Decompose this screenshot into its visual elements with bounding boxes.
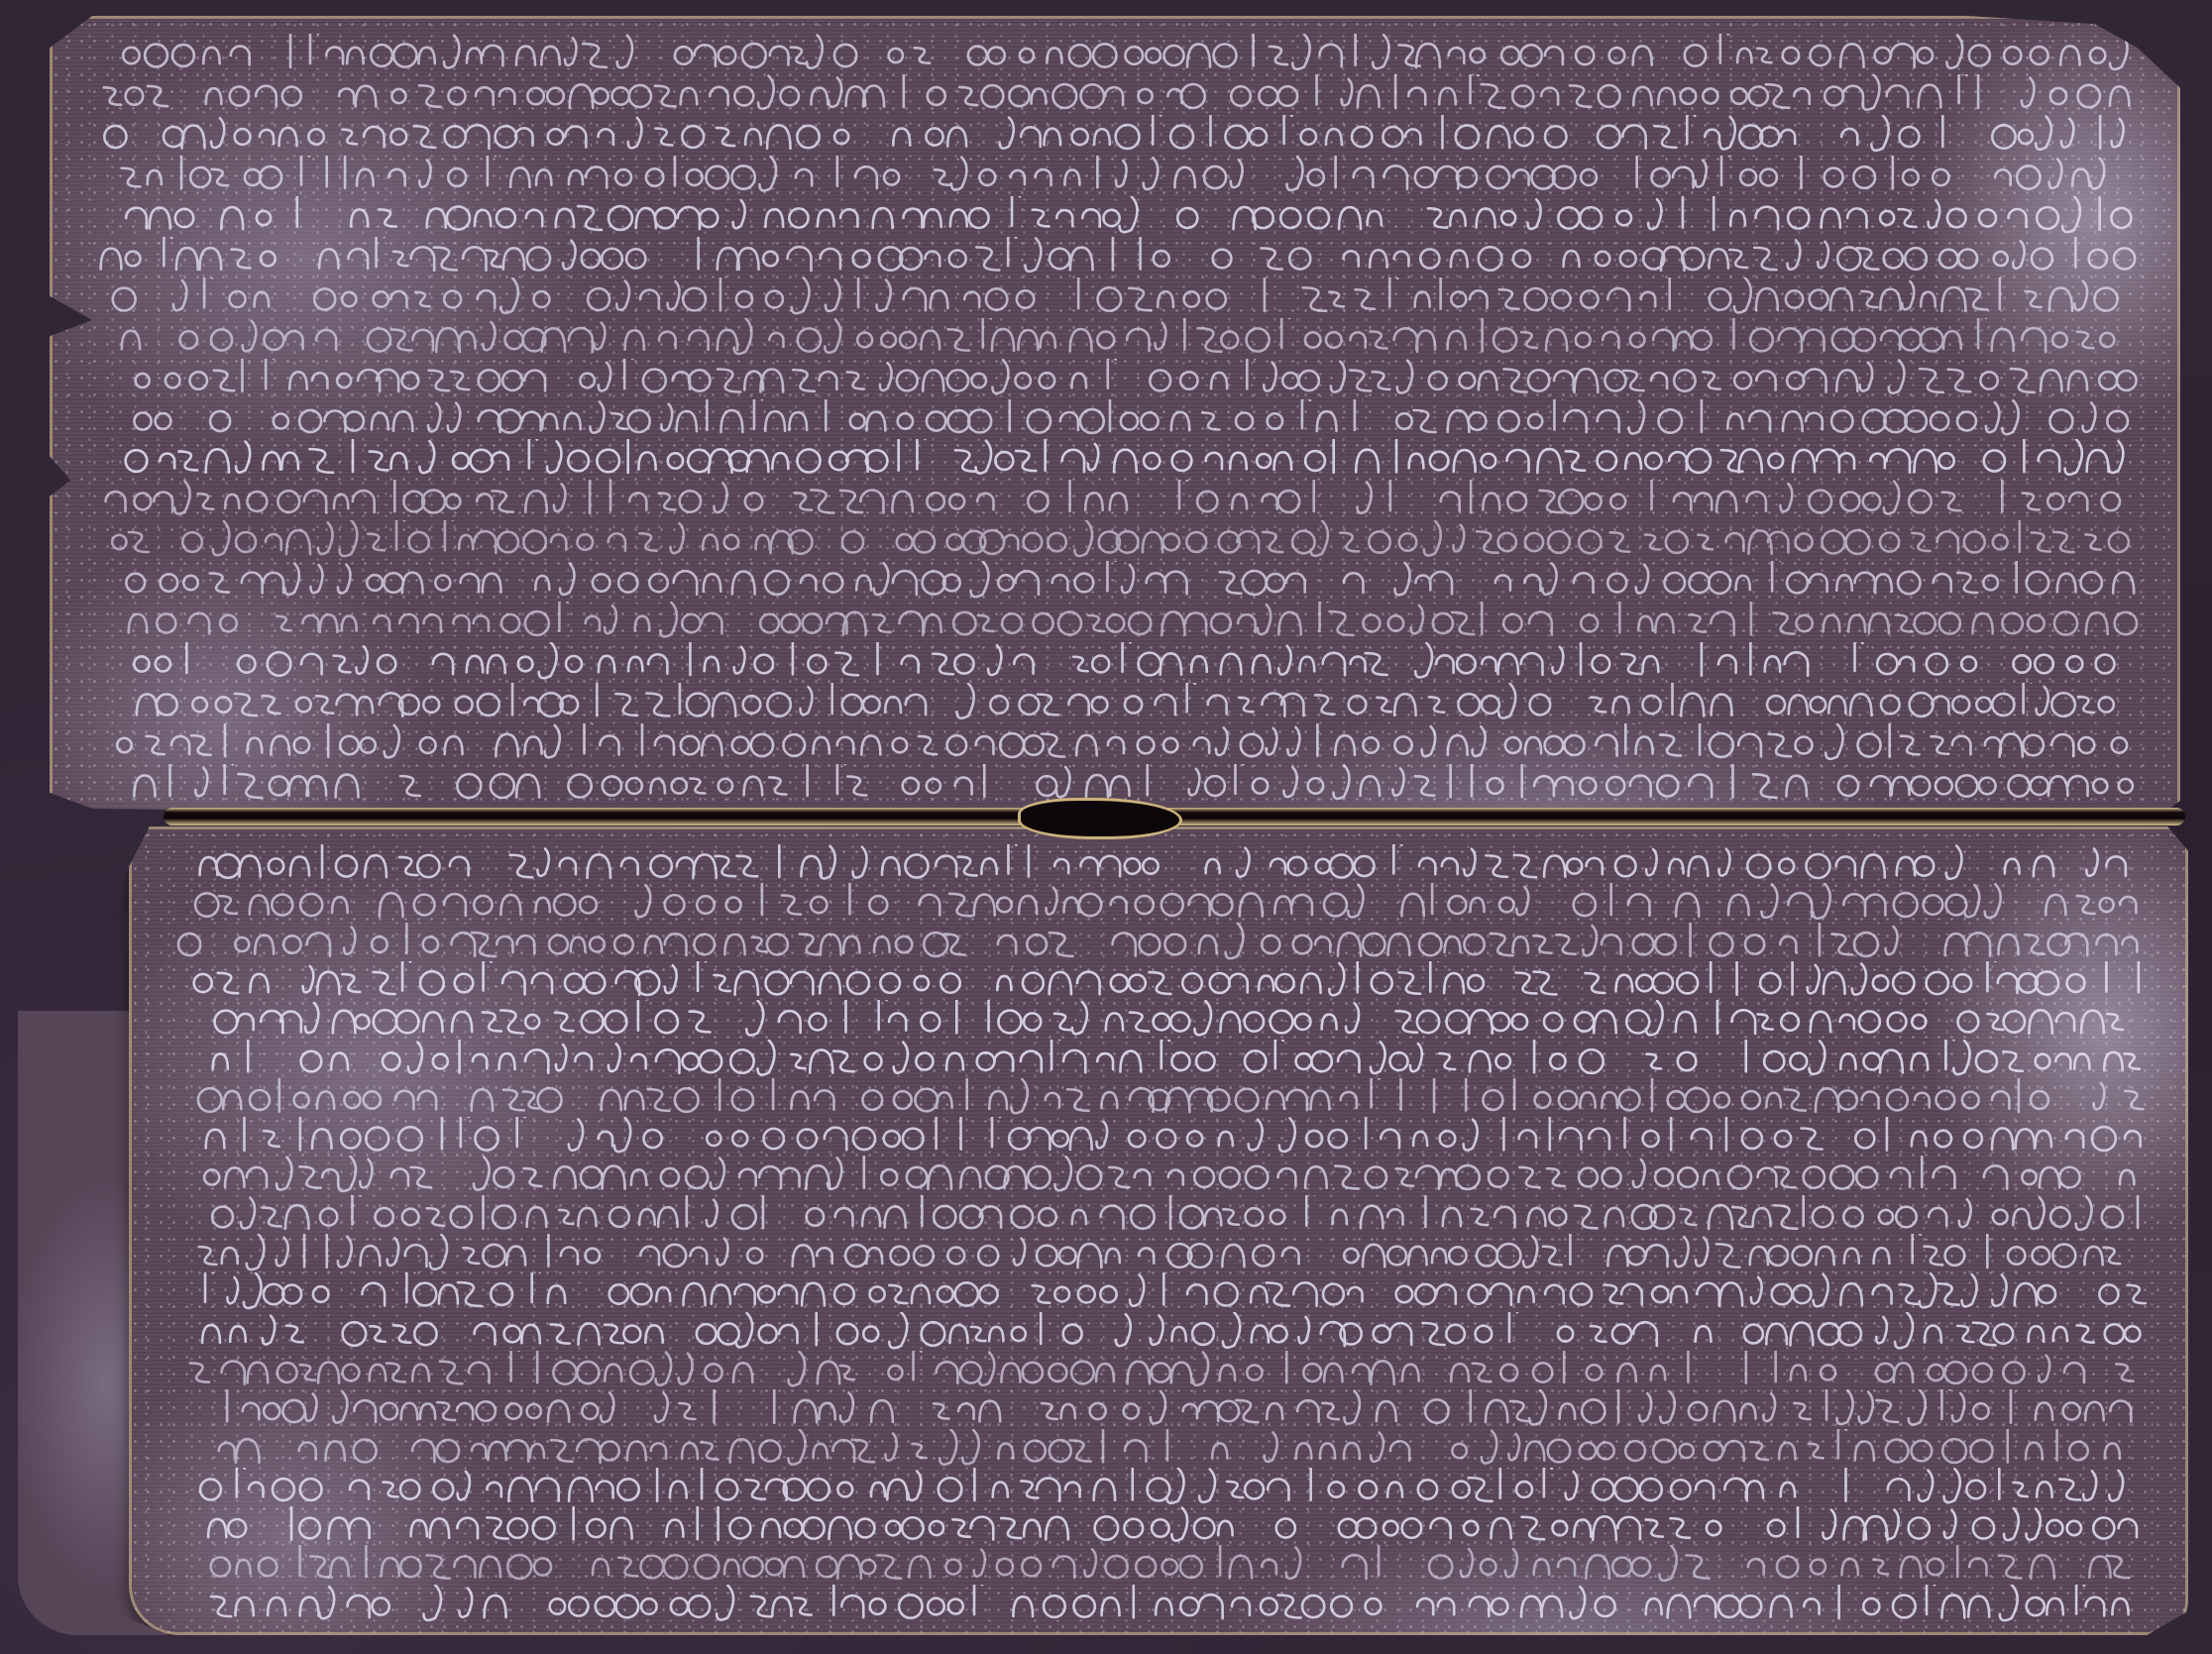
manuscript-text-line [129, 1272, 2188, 1312]
manuscript-text-line [50, 318, 2180, 358]
manuscript-text-line [50, 237, 2180, 276]
text-lines-upper [50, 16, 2180, 817]
manuscript-text-line [50, 683, 2180, 722]
manuscript-leaf-lower [129, 827, 2188, 1635]
manuscript-text-line [50, 439, 2180, 479]
manuscript-text-line [129, 1078, 2188, 1118]
manuscript-text-line [129, 1195, 2188, 1235]
manuscript-text-line [50, 277, 2180, 317]
manuscript-text-line [50, 115, 2180, 155]
manuscript-leaf-upper [50, 16, 2180, 817]
manuscript-text-line [129, 1040, 2188, 1079]
manuscript-text-line [50, 642, 2180, 682]
manuscript-text-line [129, 923, 2188, 962]
manuscript-text-line [129, 1506, 2188, 1546]
manuscript-text-line [50, 196, 2180, 236]
manuscript-text-line [50, 561, 2180, 601]
manuscript-text-line [129, 1000, 2188, 1040]
manuscript-text-line [129, 844, 2188, 884]
manuscript-text-line [50, 602, 2180, 641]
manuscript-text-line [50, 156, 2180, 195]
manuscript-text-line [50, 359, 2180, 398]
manuscript-text-line [50, 34, 2180, 73]
manuscript-text-line [50, 520, 2180, 560]
manuscript-text-line [50, 764, 2180, 804]
manuscript-text-line [129, 961, 2188, 1001]
manuscript-text-line [50, 480, 2180, 519]
manuscript-text-line [50, 723, 2180, 763]
manuscript-text-line [129, 1545, 2188, 1585]
manuscript-text-line [129, 1117, 2188, 1157]
manuscript-text-line [129, 1468, 2188, 1507]
manuscript-text-line [50, 74, 2180, 114]
manuscript-text-line [129, 1156, 2188, 1195]
tear-hole [1021, 801, 1179, 836]
manuscript-text-line [129, 1312, 2188, 1352]
manuscript-text-line [129, 1389, 2188, 1429]
manuscript-text-line [129, 1234, 2188, 1273]
text-lines-lower [129, 827, 2188, 1635]
manuscript-text-line [129, 883, 2188, 923]
manuscript-text-line [129, 1429, 2188, 1469]
manuscript-text-line [129, 1585, 2188, 1624]
manuscript-text-line [50, 399, 2180, 439]
manuscript-text-line [129, 1351, 2188, 1390]
